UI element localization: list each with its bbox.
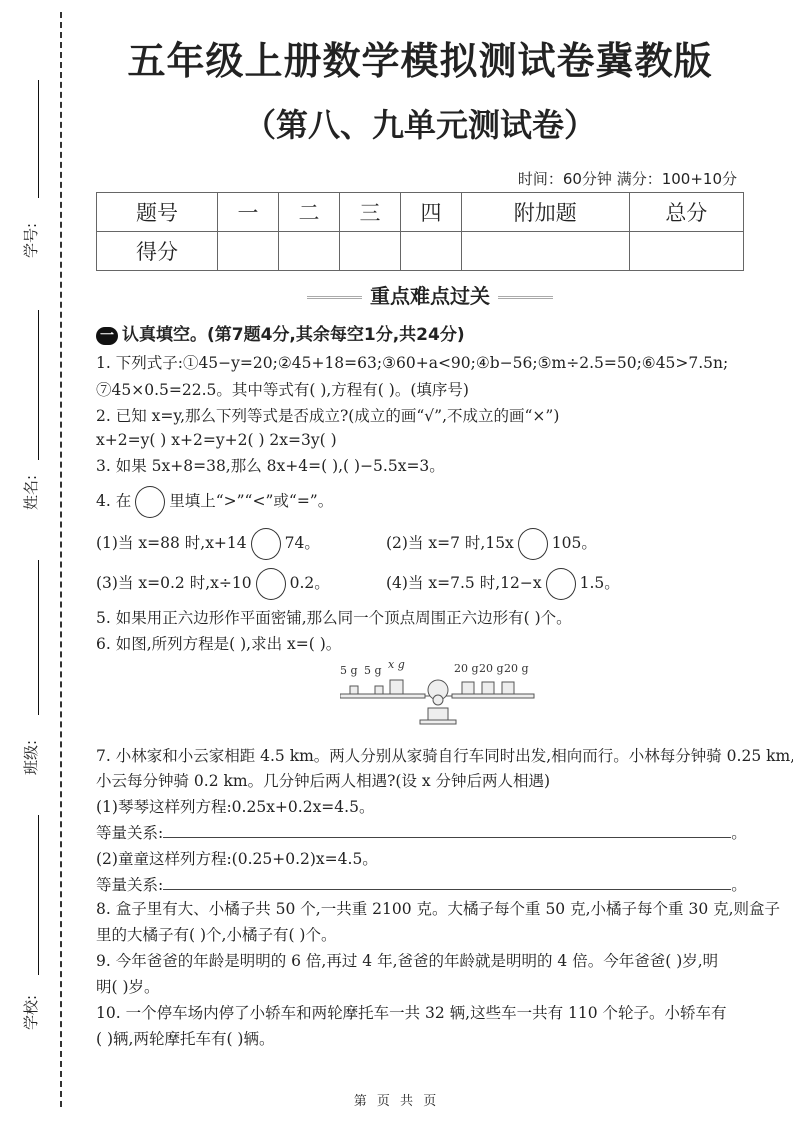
relation-label: 等量关系:	[96, 876, 163, 894]
score-cell[interactable]	[218, 232, 279, 271]
question-9-line-1: 9. 今年爸爸的年龄是明明的 6 倍,再过 4 年,爸爸的年龄就是明明的 4 倍…	[96, 948, 718, 975]
period: 。	[731, 876, 747, 894]
q4-1-text: (1)当 x=88 时,x+14	[96, 534, 247, 552]
header-cell: 总分	[629, 193, 743, 232]
score-cell[interactable]	[278, 232, 339, 271]
question-5: 5. 如果用正六边形作平面密铺,那么同一个顶点周围正六边形有( )个。	[96, 605, 572, 632]
page-subtitle: （第八、九单元测试卷）	[0, 100, 793, 146]
balance-scale-illustration: 5 g 5 g x g 20 g 20 g 20 g	[340, 660, 540, 730]
question-7-line-2: 小云每分钟骑 0.2 km。几分钟后两人相遇?(设 x 分钟后两人相遇)	[96, 768, 550, 795]
question-4-1: (1)当 x=88 时,x+1474。	[96, 528, 320, 560]
q4-1-value: 74。	[285, 534, 320, 552]
header-cell: 四	[400, 193, 461, 232]
question-4-4: (4)当 x=7.5 时,12−x1.5。	[386, 568, 620, 600]
header-cell: 题号	[97, 193, 218, 232]
question-1-line-2: ⑦45×0.5=22.5。其中等式有( ),方程有( )。(填序号)	[96, 377, 469, 404]
question-7-part-1: (1)琴琴这样列方程:0.25x+0.2x=4.5。	[96, 794, 374, 821]
row-label: 得分	[97, 232, 218, 271]
q4-suffix: 里填上“>”“<”或“=”。	[169, 492, 333, 510]
question-3: 3. 如果 5x+8=38,那么 8x+4=( ),( )−5.5x=3。	[96, 453, 445, 480]
answer-circle[interactable]	[256, 568, 286, 600]
name-line[interactable]	[38, 310, 39, 460]
question-9-line-2: 明( )岁。	[96, 974, 160, 1001]
question-10-line-2: ( )辆,两轮摩托车有( )辆。	[96, 1026, 274, 1053]
q4-2-value: 105。	[552, 534, 597, 552]
header-cell: 三	[339, 193, 400, 232]
question-8-line-1: 8. 盒子里有大、小橘子共 50 个,一共重 2100 克。大橘子每个重 50 …	[96, 896, 780, 923]
question-1-line-1: 1. 下列式子:①45−y=20;②45+18=63;③60+a<90;④b−5…	[96, 350, 728, 377]
section-heading: 一认真填空。(第7题4分,其余每空1分,共24分)	[96, 320, 465, 345]
page-footer: 第 页 共 页	[0, 1090, 793, 1109]
answer-line[interactable]	[163, 823, 731, 838]
header-cell: 一	[218, 193, 279, 232]
answer-circle[interactable]	[518, 528, 548, 560]
question-7-relation-2: 等量关系:。	[96, 872, 747, 899]
page-title: 五年级上册数学模拟测试卷冀教版	[0, 30, 793, 85]
student-id-label: 学号:	[20, 223, 41, 258]
class-label: 班级:	[20, 740, 41, 775]
score-cell[interactable]	[629, 232, 743, 271]
weight-label: 20 g	[504, 662, 529, 675]
question-2-line-1: 2. 已知 x=y,那么下列等式是否成立?(成立的画“√”,不成立的画“×”)	[96, 403, 559, 430]
score-table-header-row: 题号 一 二 三 四 附加题 总分	[97, 193, 744, 232]
header-cell: 附加题	[461, 193, 629, 232]
question-10-line-1: 10. 一个停车场内停了小轿车和两轮摩托车一共 32 辆,这些车一共有 110 …	[96, 1000, 727, 1027]
question-7-line-1: 7. 小林家和小云家相距 4.5 km。两人分别从家骑自行车同时出发,相向而行。…	[96, 743, 793, 770]
decor-rule	[307, 296, 362, 299]
question-4: 4. 在里填上“>”“<”或“=”。	[96, 486, 333, 518]
school-line[interactable]	[38, 815, 39, 975]
banner-text: 重点难点过关	[370, 284, 490, 308]
weight-label: 20 g	[479, 662, 504, 675]
answer-circle[interactable]	[546, 568, 576, 600]
q4-4-text: (4)当 x=7.5 时,12−x	[386, 574, 542, 592]
answer-line[interactable]	[163, 875, 731, 890]
header-cell: 二	[278, 193, 339, 232]
score-cell[interactable]	[400, 232, 461, 271]
question-2-line-2: x+2=y( ) x+2=y+2( ) 2x=3y( )	[96, 427, 337, 454]
score-cell[interactable]	[339, 232, 400, 271]
q4-3-text: (3)当 x=0.2 时,x÷10	[96, 574, 252, 592]
cut-line	[60, 12, 62, 1107]
period: 。	[731, 824, 747, 842]
question-4-2: (2)当 x=7 时,15x105。	[386, 528, 597, 560]
class-line[interactable]	[38, 560, 39, 715]
score-table: 题号 一 二 三 四 附加题 总分 得分	[96, 192, 744, 271]
answer-circle	[135, 486, 165, 518]
q4-3-value: 0.2。	[290, 574, 330, 592]
exam-meta: 时间：60分钟 满分：100+10分	[518, 168, 737, 189]
relation-label: 等量关系:	[96, 824, 163, 842]
weight-label: 5 g	[364, 664, 382, 677]
name-label: 姓名:	[20, 475, 41, 510]
answer-circle[interactable]	[251, 528, 281, 560]
question-6: 6. 如图,所列方程是( ),求出 x=( )。	[96, 631, 341, 658]
score-cell[interactable]	[461, 232, 629, 271]
section-number-badge: 一	[96, 327, 118, 345]
decor-rule	[498, 296, 553, 299]
question-7-part-2: (2)童童这样列方程:(0.25+0.2)x=4.5。	[96, 846, 378, 873]
weight-label: 5 g	[340, 664, 358, 677]
score-table-score-row: 得分	[97, 232, 744, 271]
question-4-3: (3)当 x=0.2 时,x÷100.2。	[96, 568, 330, 600]
weight-label: 20 g	[454, 662, 479, 675]
section-banner: 重点难点过关	[270, 280, 590, 309]
q4-prefix: 4. 在	[96, 492, 131, 510]
section-title: 认真填空。(第7题4分,其余每空1分,共24分)	[122, 325, 465, 345]
q4-4-value: 1.5。	[580, 574, 620, 592]
q4-2-text: (2)当 x=7 时,15x	[386, 534, 514, 552]
question-8-line-2: 里的大橘子有( )个,小橘子有( )个。	[96, 922, 336, 949]
question-7-relation-1: 等量关系:。	[96, 820, 747, 847]
weight-label: x g	[388, 660, 405, 671]
school-label: 学校:	[20, 995, 41, 1030]
